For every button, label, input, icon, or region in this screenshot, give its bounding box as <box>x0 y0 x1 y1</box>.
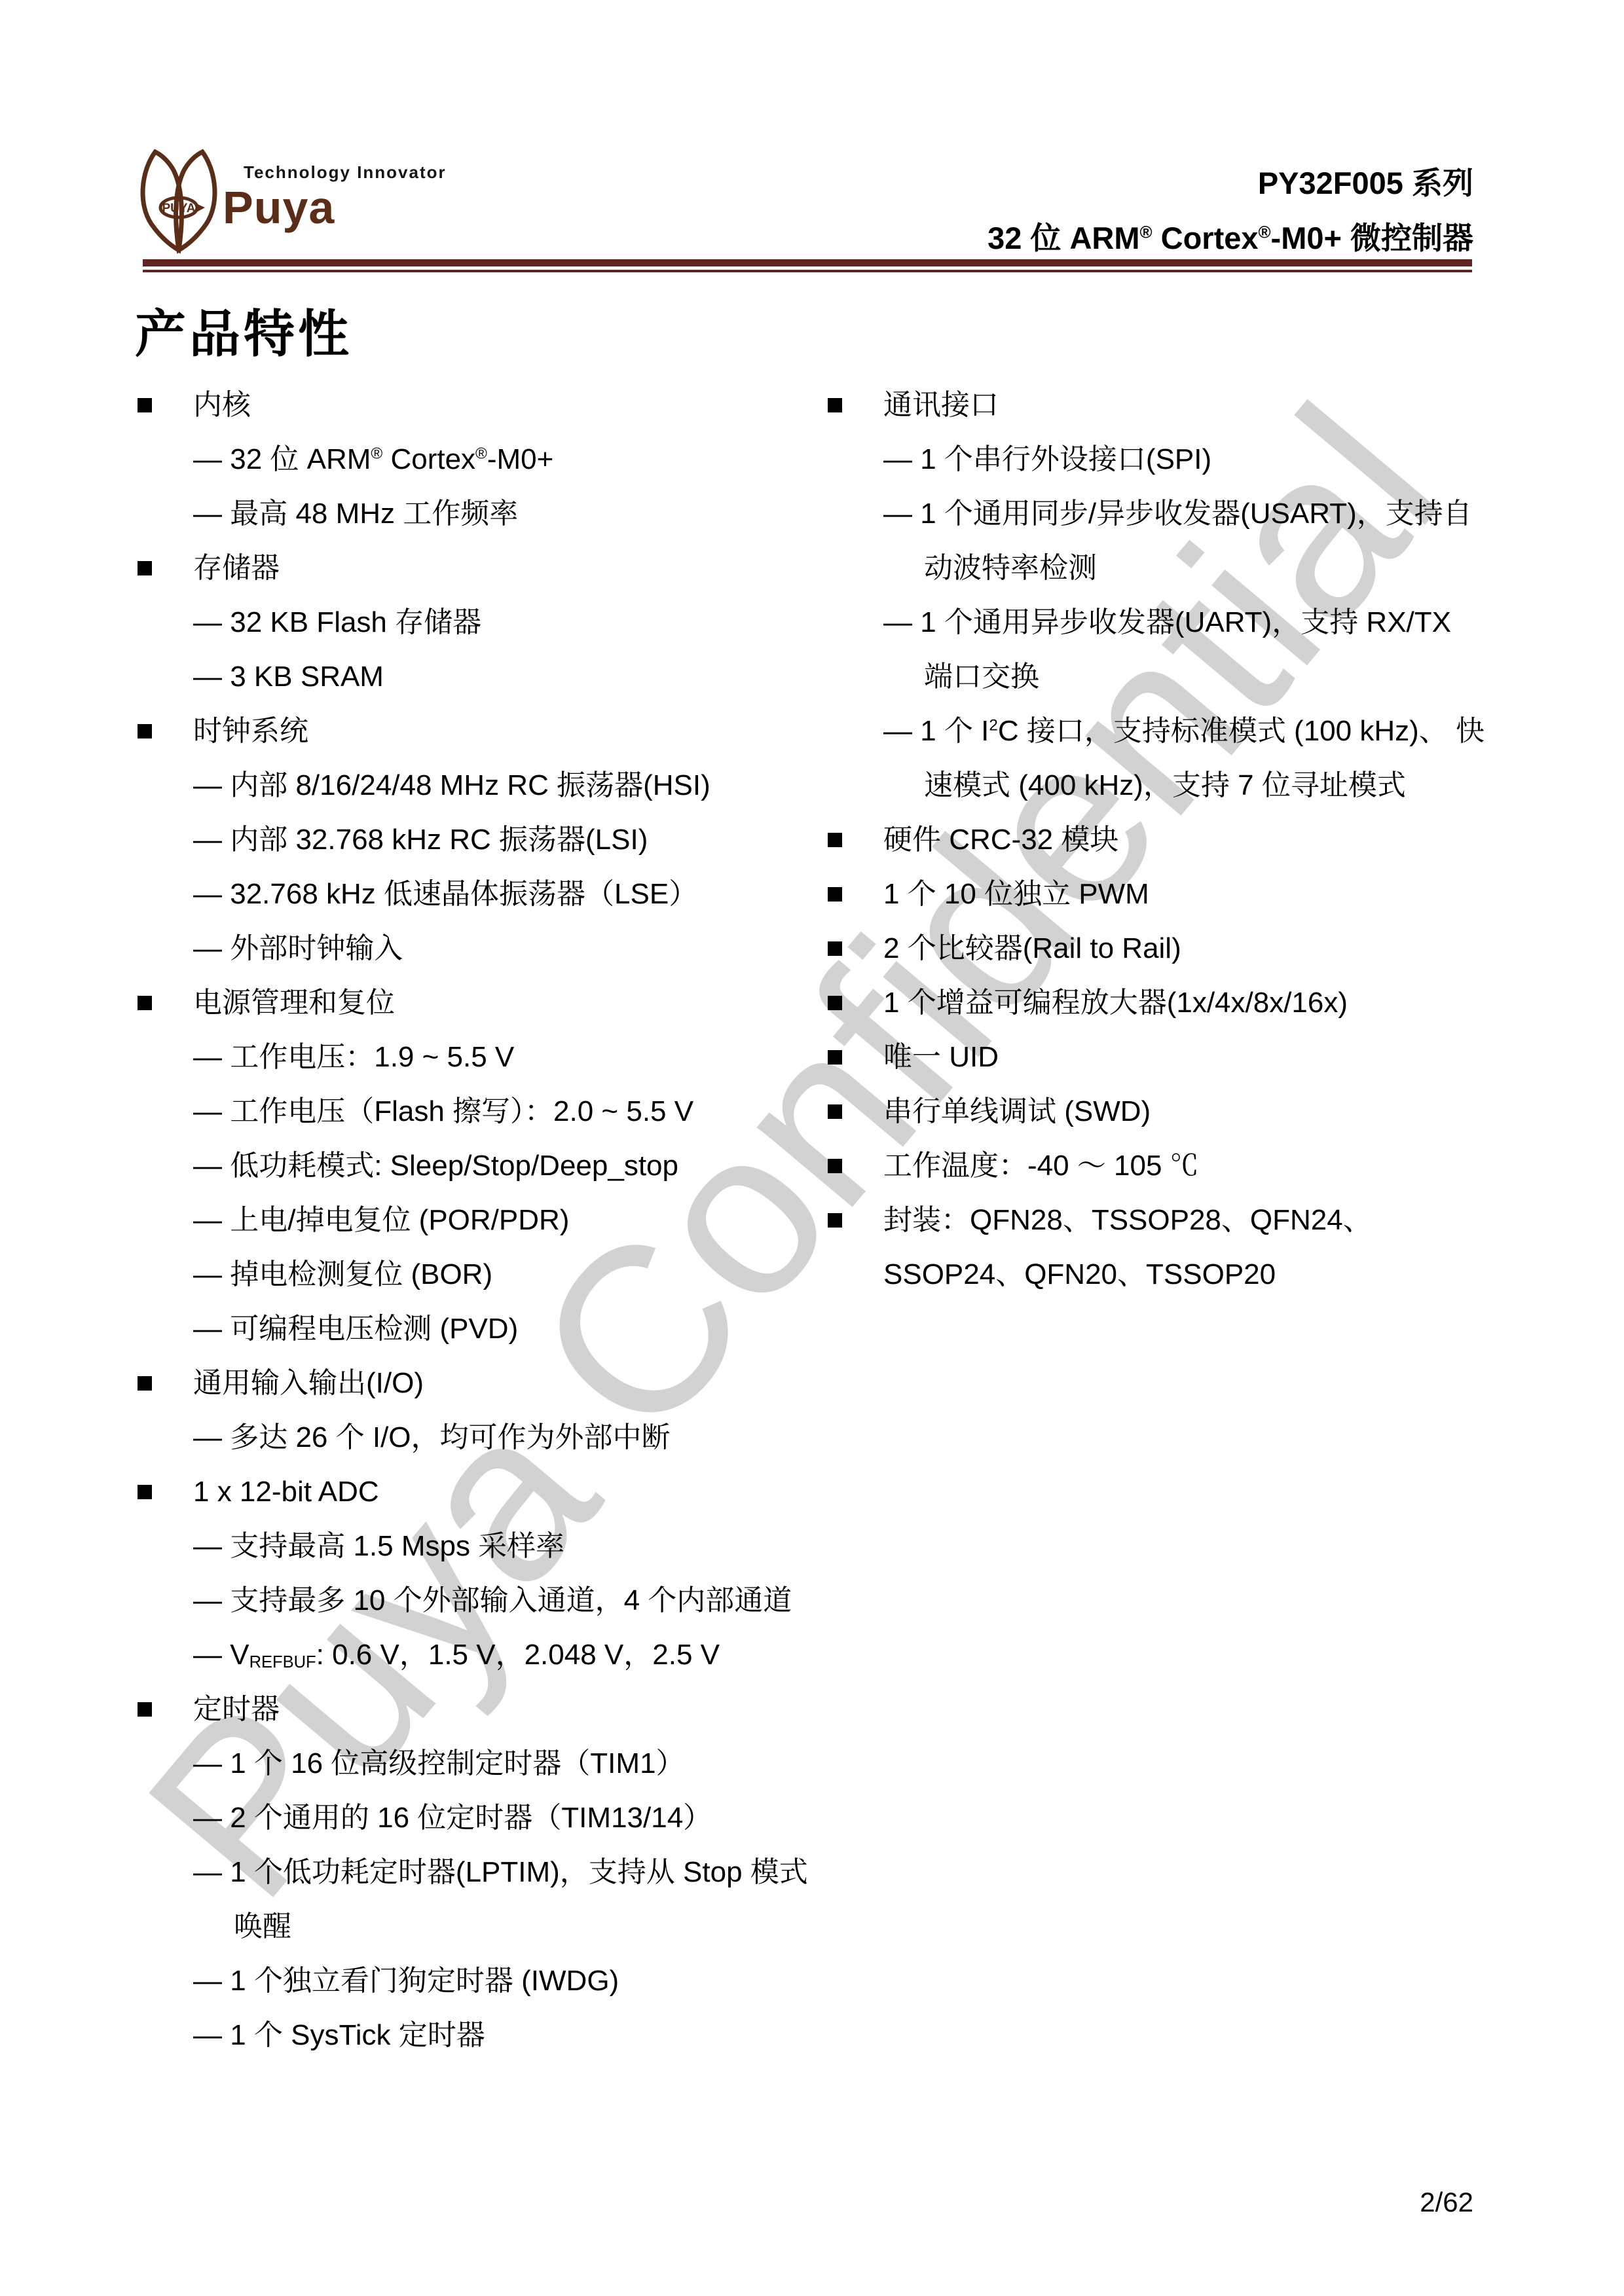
superscript-text: ® <box>1259 223 1271 242</box>
feature-continuation: 速模式 (400 kHz)，支持 7 位寻址模式 <box>826 758 1489 812</box>
feature-subitem: — 内部 32.768 kHz RC 振荡器(LSI) <box>136 812 829 867</box>
bullet-square-icon <box>828 941 842 956</box>
feature-subitem: — 1 个串行外设接口(SPI) <box>826 432 1489 486</box>
feature-subitem: — 1 个独立看门狗定时器 (IWDG) <box>136 1954 829 2008</box>
bullet-square-icon <box>138 561 152 575</box>
logo-wordmark: Puya <box>223 185 335 230</box>
logo-emblem-arrow <box>198 204 205 211</box>
bullet-square-icon <box>828 833 842 847</box>
feature-subitem: — 32 KB Flash 存储器 <box>136 595 829 649</box>
feature-continuation: 唤醒 <box>136 1899 829 1954</box>
feature-subitem: — 上电/掉电复位 (POR/PDR) <box>136 1193 829 1247</box>
superscript-text: ® <box>475 445 487 462</box>
doc-header-right: PY32F005 系列 32 位 ARM® Cortex®-M0+ 微控制器 <box>987 156 1473 266</box>
feature-item: 封装：QFN28、TSSOP28、QFN24、 <box>826 1193 1489 1247</box>
logo-tagline: Technology Innovator <box>244 162 447 183</box>
page-title: 产品特性 <box>135 293 352 367</box>
feature-subitem: — 支持最多 10 个外部输入通道，4 个内部通道 <box>136 1573 829 1628</box>
bullet-square-icon <box>138 398 152 412</box>
feature-subitem: — 低功耗模式: Sleep/Stop/Deep_stop <box>136 1139 829 1193</box>
feature-subitem: — 3 KB SRAM <box>136 649 829 704</box>
feature-subitem: — 多达 26 个 I/O，均可作为外部中断 <box>136 1410 829 1465</box>
feature-continuation: 动波特率检测 <box>826 541 1489 595</box>
bullet-square-icon <box>138 724 152 738</box>
feature-item: 电源管理和复位 <box>136 975 829 1030</box>
feature-subitem: — 支持最高 1.5 Msps 采样率 <box>136 1519 829 1573</box>
features-column-right: 通讯接口— 1 个串行外设接口(SPI)— 1 个通用同步/异步收发器(USAR… <box>826 378 1489 1302</box>
feature-subitem: — 外部时钟输入 <box>136 921 829 975</box>
feature-item: 串行单线调试 (SWD) <box>826 1084 1489 1139</box>
feature-subitem: — 1 个通用异步收发器(UART)，支持 RX/TX <box>826 595 1489 649</box>
bullet-square-icon <box>828 1050 842 1065</box>
feature-continuation: SSOP24、QFN20、TSSOP20 <box>826 1247 1489 1302</box>
puya-logo-icon: PUYA <box>135 144 223 257</box>
subscript-text: REFBUF <box>249 1653 316 1671</box>
bullet-square-icon <box>138 996 152 1010</box>
superscript-text: 2 <box>989 716 997 734</box>
feature-item: 硬件 CRC-32 模块 <box>826 812 1489 867</box>
page-number: 2/62 <box>1420 2187 1473 2218</box>
doc-series-title: PY32F005 系列 <box>987 156 1473 211</box>
page-content: PUYA Technology Innovator Puya PY32F005 … <box>0 0 1624 2296</box>
bullet-square-icon <box>138 1702 152 1717</box>
feature-continuation: 端口交换 <box>826 649 1489 704</box>
feature-subitem: — 2 个通用的 16 位定时器（TIM13/14） <box>136 1791 829 1845</box>
feature-item: 唯一 UID <box>826 1030 1489 1084</box>
feature-item: 1 个 10 位独立 PWM <box>826 867 1489 921</box>
bullet-square-icon <box>138 1485 152 1499</box>
feature-subitem: — 1 个低功耗定时器(LPTIM)，支持从 Stop 模式 <box>136 1845 829 1899</box>
feature-item: 1 个增益可编程放大器(1x/4x/8x/16x) <box>826 975 1489 1030</box>
bullet-square-icon <box>138 1376 152 1391</box>
feature-subitem: — 32 位 ARM® Cortex®-M0+ <box>136 432 829 486</box>
bullet-square-icon <box>828 1104 842 1119</box>
bullet-square-icon <box>828 996 842 1010</box>
feature-item: 1 x 12-bit ADC <box>136 1465 829 1519</box>
header-rule-thin <box>143 270 1472 272</box>
bullet-square-icon <box>828 887 842 902</box>
feature-subitem: — 最高 48 MHz 工作频率 <box>136 486 829 541</box>
feature-subitem: — 1 个 I2C 接口，支持标准模式 (100 kHz)、 快 <box>826 704 1489 758</box>
feature-subitem: — 工作电压：1.9 ~ 5.5 V <box>136 1030 829 1084</box>
feature-subitem: — 工作电压（Flash 擦写）：2.0 ~ 5.5 V <box>136 1084 829 1139</box>
feature-item: 内核 <box>136 378 829 432</box>
feature-subitem: — 可编程电压检测 (PVD) <box>136 1302 829 1356</box>
feature-subitem: — 掉电检测复位 (BOR) <box>136 1247 829 1302</box>
bullet-square-icon <box>828 1213 842 1228</box>
feature-item: 2 个比较器(Rail to Rail) <box>826 921 1489 975</box>
feature-item: 通讯接口 <box>826 378 1489 432</box>
feature-item: 工作温度：-40 ～ 105 ℃ <box>826 1139 1489 1193</box>
feature-subitem: — 1 个 16 位高级控制定时器（TIM1） <box>136 1736 829 1791</box>
bullet-square-icon <box>828 398 842 412</box>
superscript-text: ® <box>371 445 382 462</box>
feature-subitem: — 内部 8/16/24/48 MHz RC 振荡器(HSI) <box>136 758 829 812</box>
bullet-square-icon <box>828 1159 842 1173</box>
header-rule-thick <box>143 259 1472 266</box>
feature-subitem: — 1 个通用同步/异步收发器(USART)，支持自 <box>826 486 1489 541</box>
feature-item: 时钟系统 <box>136 704 829 758</box>
feature-subitem: — 1 个 SysTick 定时器 <box>136 2008 829 2062</box>
datasheet-page: { "watermark": {"text": "Puya Confidenti… <box>0 0 1624 2296</box>
feature-subitem: — VREFBUF: 0.6 V，1.5 V，2.048 V，2.5 V <box>136 1628 829 1682</box>
feature-subitem: — 32.768 kHz 低速晶体振荡器（LSE） <box>136 867 829 921</box>
feature-item: 通用输入输出(I/O) <box>136 1356 829 1410</box>
logo-emblem-text: PUYA <box>162 202 195 215</box>
features-column-left: 内核— 32 位 ARM® Cortex®-M0+— 最高 48 MHz 工作频… <box>136 378 829 2062</box>
feature-item: 定时器 <box>136 1682 829 1736</box>
doc-subtitle: 32 位 ARM® Cortex®-M0+ 微控制器 <box>987 211 1473 266</box>
superscript-text: ® <box>1140 223 1153 242</box>
feature-item: 存储器 <box>136 541 829 595</box>
